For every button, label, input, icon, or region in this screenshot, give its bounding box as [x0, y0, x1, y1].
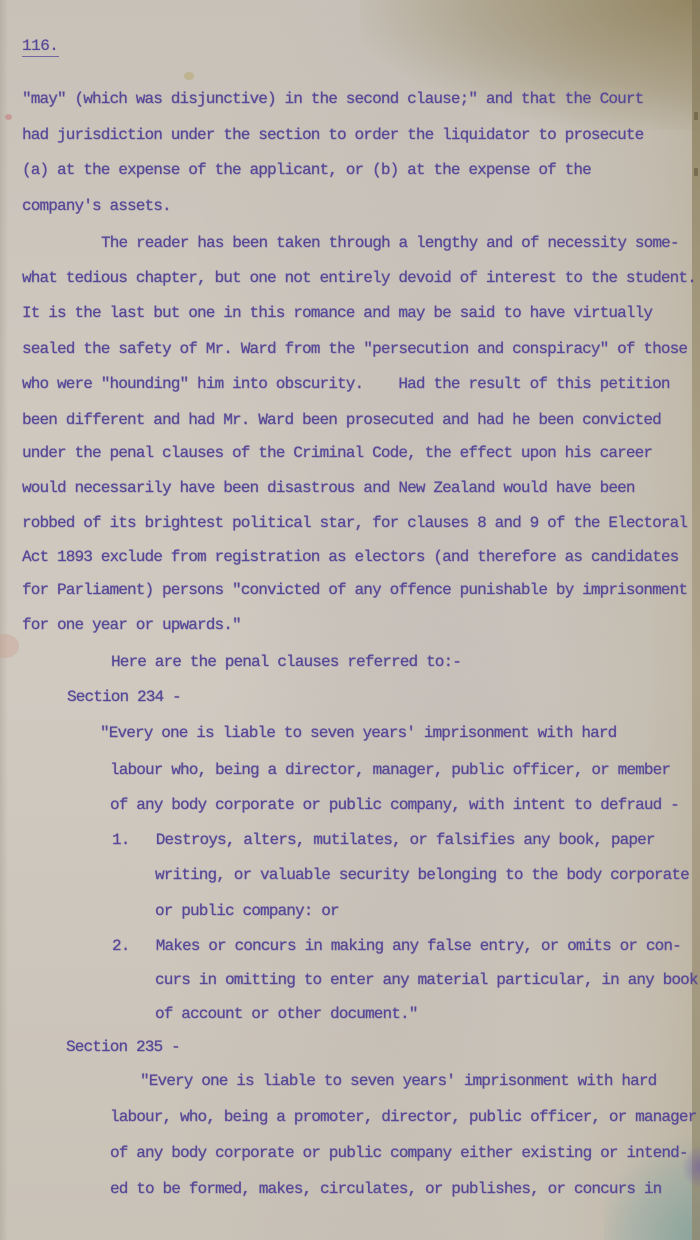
- text-line: robbed of its brightest political star, …: [22, 515, 687, 532]
- text-line: who were "hounding" him into obscurity. …: [22, 376, 670, 393]
- paper-speck: [0, 634, 19, 658]
- text-line: Section 235 -: [66, 1039, 180, 1056]
- text-line: "Every one is liable to seven years' imp…: [100, 725, 616, 742]
- text-line: been different and had Mr. Ward been pro…: [22, 412, 661, 429]
- text-line: writing, or valuable security belonging …: [155, 867, 689, 884]
- text-line: "Every one is liable to seven years' imp…: [140, 1073, 656, 1090]
- text-line: 2. Makes or concurs in making any false …: [112, 938, 681, 955]
- text-line: (a) at the expense of the applicant, or …: [22, 162, 591, 179]
- text-line: ed to be formed, makes, circulates, or p…: [110, 1181, 661, 1198]
- text-line: for Parliament) persons "convicted of an…: [22, 582, 687, 599]
- text-line: labour, who, being a promoter, director,…: [110, 1109, 696, 1126]
- text-line: The reader has been taken through a leng…: [101, 235, 679, 252]
- text-line: labour who, being a director, manager, p…: [110, 762, 670, 779]
- text-line: would necessarily have been disastrous a…: [22, 480, 635, 497]
- text-line: Here are the penal clauses referred to:-: [111, 654, 461, 671]
- text-line: or public company: or: [155, 903, 339, 920]
- text-line: had jurisdiction under the section to or…: [22, 127, 643, 144]
- text-line: company's assets.: [22, 198, 171, 215]
- text-line: It is the last but one in this romance a…: [22, 305, 652, 322]
- text-line: curs in omitting to enter any material p…: [155, 972, 698, 989]
- text-line: sealed the safety of Mr. Ward from the "…: [22, 341, 687, 358]
- right-side-stain: [530, 0, 700, 1240]
- paper-speck: [184, 72, 194, 80]
- text-line: Section 234 -: [67, 689, 181, 706]
- text-line: of any body corporate or public company,…: [110, 797, 679, 814]
- text-line: "may" (which was disjunctive) in the sec…: [22, 91, 643, 108]
- text-line: Act 1893 exclude from registration as el…: [22, 549, 678, 566]
- text-line: of any body corporate or public company …: [110, 1145, 688, 1162]
- edge-mark: [694, 112, 698, 120]
- paper-speck: [5, 114, 12, 120]
- text-line: of account or other document.": [155, 1006, 418, 1023]
- document-page: 116. "may" (which was disjunctive) in th…: [0, 0, 700, 1240]
- text-line: for one year or upwards.": [22, 617, 241, 634]
- edge-mark: [694, 168, 698, 176]
- text-line: 1. Destroys, alters, mutilates, or falsi…: [112, 832, 655, 849]
- page-number: 116.: [22, 38, 59, 57]
- top-right-corner-stain: [360, 0, 700, 130]
- text-line: under the penal clauses of the Criminal …: [22, 445, 652, 462]
- text-line: what tedious chapter, but one not entire…: [22, 270, 696, 287]
- page-right-edge: [692, 0, 700, 1240]
